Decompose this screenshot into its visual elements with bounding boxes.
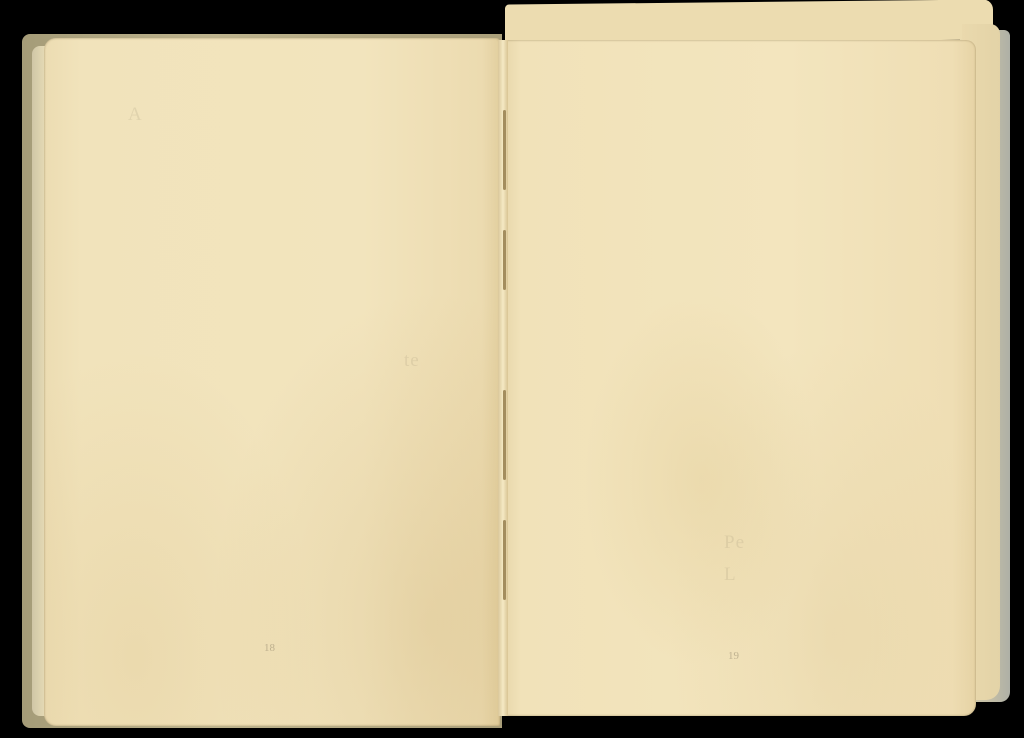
ghost-text: L (724, 564, 737, 586)
page-number: 19 (728, 650, 739, 662)
page-stack-top-edge (505, 0, 993, 45)
ghost-text: Pe (724, 532, 745, 554)
page-number: 18 (264, 642, 275, 654)
right-page: Pe L 19 (502, 40, 976, 716)
gutter-tear (503, 390, 506, 480)
left-page: A te 18 (44, 38, 500, 726)
gutter-tear (503, 520, 506, 600)
ghost-text: A (128, 104, 143, 126)
ghost-text: te (404, 350, 420, 372)
gutter-tear (503, 110, 506, 190)
gutter-tear (503, 230, 506, 290)
